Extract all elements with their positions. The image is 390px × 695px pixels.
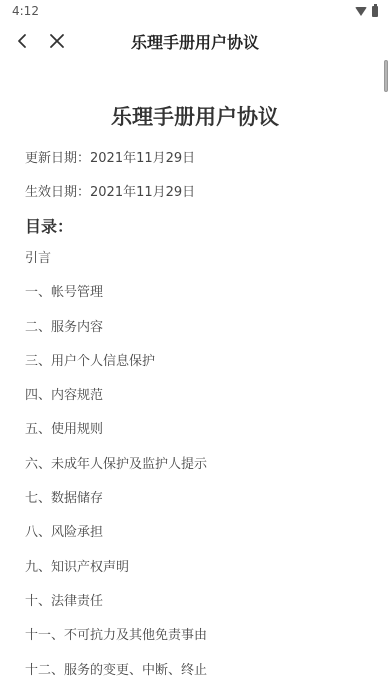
chevron-left-icon [14,33,30,49]
status-bar: 4:12 [0,0,390,22]
toc-item[interactable]: 十、法律责任 [0,593,390,627]
toc-item[interactable]: 八、风险承担 [0,524,390,558]
toc-item[interactable]: 一、帐号管理 [0,284,390,318]
toc-item[interactable]: 五、使用规则 [0,421,390,455]
close-button[interactable] [41,22,73,60]
toc-item[interactable]: 十二、服务的变更、中断、终止 [0,662,390,695]
toc-item[interactable]: 四、内容规范 [0,387,390,421]
effective-date: 生效日期：2021年11月29日 [0,184,390,202]
battery-icon [372,6,378,17]
nav-bar: 乐理手册用户协议 [0,22,390,60]
status-time: 4:12 [12,4,39,18]
wifi-icon [355,7,367,16]
toc-item[interactable]: 九、知识产权声明 [0,559,390,593]
document-title: 乐理手册用户协议 [0,102,390,132]
updated-date: 更新日期：2021年11月29日 [0,150,390,168]
toc-list: 引言 一、帐号管理 二、服务内容 三、用户个人信息保护 四、内容规范 五、使用规… [0,250,390,695]
status-icons [355,6,378,17]
scrollbar[interactable] [384,60,388,92]
back-button[interactable] [6,22,38,60]
toc-item[interactable]: 七、数据储存 [0,490,390,524]
toc-item[interactable]: 十一、不可抗力及其他免责事由 [0,627,390,661]
toc-item[interactable]: 二、服务内容 [0,319,390,353]
toc-heading: 目录： [0,216,390,238]
toc-item[interactable]: 引言 [0,250,390,284]
toc-item[interactable]: 六、未成年人保护及监护人提示 [0,456,390,490]
close-icon [49,33,65,49]
document-content[interactable]: 乐理手册用户协议 更新日期：2021年11月29日 生效日期：2021年11月2… [0,60,390,695]
toc-item[interactable]: 三、用户个人信息保护 [0,353,390,387]
